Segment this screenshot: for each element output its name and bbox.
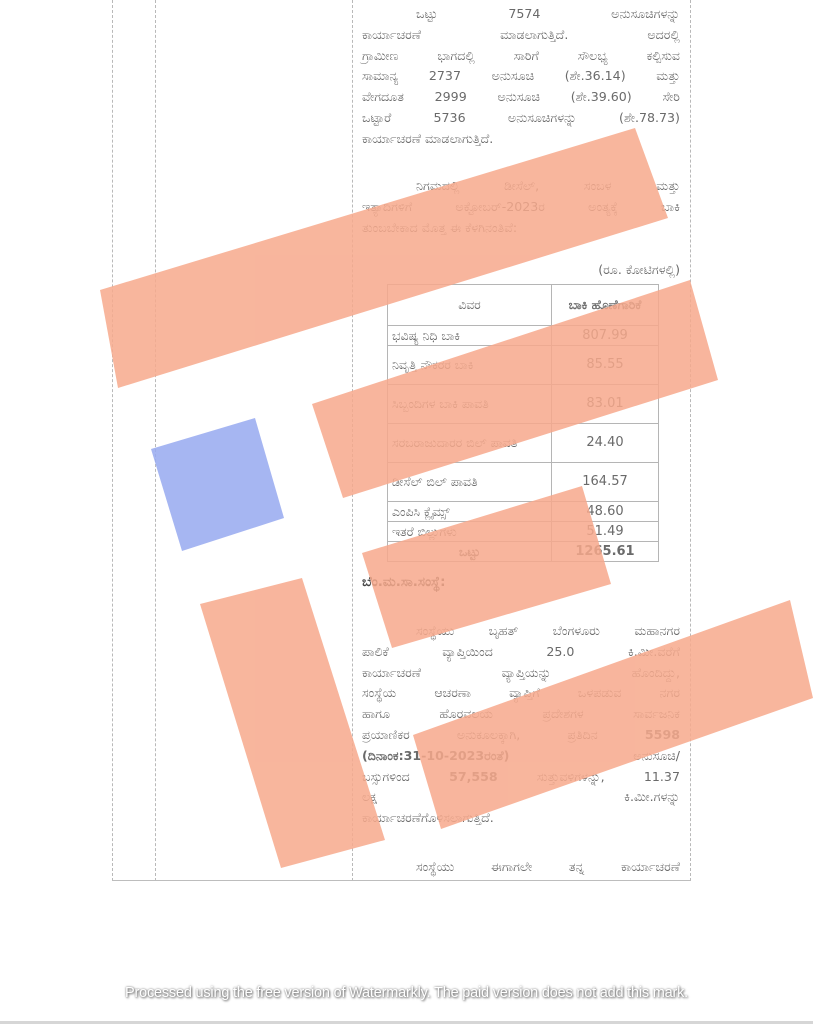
word: ಇತ್ಯಾದಿಗಳಿಗೆ — [362, 197, 412, 217]
word: ಒಟ್ಟಾರೆ — [362, 108, 391, 128]
page-bottom-rule — [112, 880, 691, 881]
row-label: ಭವಿಷ್ಯ ನಿಧಿ ಬಾಕಿ — [388, 326, 552, 346]
table-row: ಸಿಬ್ಬಂದಿಗಳ ಬಾಕಿ ಪಾವತಿ83.01 — [388, 385, 659, 424]
word: ಲಕ್ಷ — [362, 787, 377, 807]
row-label: ಡೀಸೆಲ್ ಬಿಲ್ ಪಾವತಿ — [388, 463, 552, 502]
word: ನಗರ — [660, 683, 680, 703]
word: ಸುತ್ತುವಳಿಗಳನ್ನು, — [537, 767, 605, 787]
word: ಸಂಬಳ — [584, 176, 612, 196]
text-line: ಸಂಸ್ಥೆಯುಬೃಹತ್ಬೆಂಗಳೂರುಮಹಾನಗರ — [362, 621, 680, 641]
word: ಸೌಲಭ್ಯ — [578, 46, 608, 66]
word: (ಶೇ.78.73) — [619, 108, 680, 128]
word: ವ್ಯಾಪ್ತಿಯಿಂದ — [442, 642, 493, 662]
row-label: ಸರಬರಾಜುದಾರರ ಬಿಲ್ ಪಾವತಿ — [388, 424, 552, 463]
text-line: ಸಾಮಾನ್ಯ2737ಅನುಸೂಚಿ(ಶೇ.36.14)ಮತ್ತು — [362, 66, 680, 86]
table-header-liability: ಬಾಕಿ ಹೊಣೆಗಾರಿಕೆ — [552, 285, 659, 326]
row-label: ನಿವೃತ್ತಿ ನೌಕರರ ಬಾಕಿ — [388, 346, 552, 385]
word: ಕಿ.ಮೀ.ಗಳನ್ನು — [624, 787, 680, 807]
word: ಬೆಂಗಳೂರು — [553, 621, 600, 641]
word: ಅನುಸೂಚಿಗಳನ್ನು — [611, 4, 680, 24]
text-line: ಇತ್ಯಾದಿಗಳಿಗೆಅಕ್ಟೋಬರ್-2023ರಅಂತ್ಯಕ್ಕೆಬಾಕಿ — [362, 197, 680, 217]
text-line: ಕಾರ್ಯಾಚರಣೆಮಾಡಲಾಗುತ್ತಿದೆ.ಅದರಲ್ಲಿ — [362, 25, 680, 45]
word: ಮಾಡಲಾಗುತ್ತಿದೆ. — [500, 25, 568, 45]
word: ಪಾಲಿಕೆ — [362, 642, 389, 662]
word: 7574 — [508, 4, 540, 24]
text-line: ಒಟ್ಟು7574ಅನುಸೂಚಿಗಳನ್ನು — [362, 4, 680, 24]
text-line: (ದಿನಾಂಕ:31-10-2023ರಂತೆ)ಅನುಸೂಚಿ/ — [362, 746, 680, 766]
table-row: ಡೀಸೆಲ್ ಬಿಲ್ ಪಾವತಿ164.57 — [388, 463, 659, 502]
word: 5736 — [434, 108, 466, 128]
word: ಕಾರ್ಯಾಚರಣೆ — [362, 25, 421, 45]
word: ಗ್ರಾಮೀಣ — [362, 46, 398, 66]
word: ಬೃಹತ್ — [489, 621, 518, 641]
word: ಡೀಸೆಲ್, — [504, 176, 539, 196]
word: ಮತ್ತು — [656, 176, 680, 196]
unit-note: (ರೂ. ಕೋಟಿಗಳಲ್ಲಿ) — [362, 260, 680, 280]
right-margin-rule — [690, 0, 691, 881]
row-value: 24.40 — [552, 424, 659, 463]
table-row: ನಿವೃತ್ತಿ ನೌಕರರ ಬಾಕಿ85.55 — [388, 346, 659, 385]
word: ಕಾರ್ಯಾಚರಣೆಗೊಳಿಸಲಾಗುತ್ತಿದೆ. — [362, 810, 494, 825]
word: 25.0 — [546, 642, 574, 662]
orange-band-vertical — [200, 578, 385, 868]
word: ತುಂಬಬೇಕಾದ ಮೊತ್ತ ಈ ಕೆಳಗಿನಂತಿವೆ: — [362, 220, 517, 235]
row-value: 807.99 — [552, 326, 659, 346]
text-line: ಒಟ್ಟಾರೆ5736ಅನುಸೂಚಿಗಳನ್ನು(ಶೇ.78.73) — [362, 108, 680, 128]
word: 57,558 — [449, 767, 498, 787]
word: 11.37 — [644, 767, 680, 787]
word: ಮತ್ತು — [656, 66, 680, 86]
word: ಮಹಾನಗರ — [634, 621, 680, 641]
text-line: ಗ್ರಾಮೀಣಭಾಗದಲ್ಲಿಸಾರಿಗೆಸೌಲಭ್ಯಕಲ್ಪಿಸುವ — [362, 46, 680, 66]
table-total-row: ಒಟ್ಟು1265.61 — [388, 542, 659, 562]
table-row: ಸರಬರಾಜುದಾರರ ಬಿಲ್ ಪಾವತಿ24.40 — [388, 424, 659, 463]
word: ತನ್ನ — [569, 857, 584, 877]
row-label: ಇತರೆ ಬಿಲ್ಲುಗಳು — [388, 522, 552, 542]
word: ಸೇರಿ — [662, 87, 679, 107]
word: ವೇಗದೂತ — [362, 87, 404, 107]
word: ವ್ಯಾಪ್ತಿಯನ್ನು — [502, 663, 552, 683]
word: ಕಾರ್ಯಾಚರಣೆ — [362, 663, 421, 683]
word: ಪ್ರಯಾಣಿಕರ — [362, 725, 410, 745]
word: ಸಾರಿಗೆ — [514, 46, 539, 66]
row-value: 85.55 — [552, 346, 659, 385]
word: ಅನುಸೂಚಿ — [498, 87, 541, 107]
word: ಹೊಂದಿದ್ದು, — [632, 663, 680, 683]
word: (ಶೇ.36.14) — [565, 66, 626, 86]
word: ಈಗಾಗಲೇ — [491, 857, 532, 877]
word: ಒಳಪಡುವ — [578, 683, 622, 703]
text-line: ಪಾಲಿಕೆವ್ಯಾಪ್ತಿಯಿಂದ25.0ಕಿ.ಮೀ.ವರೆಗೆ — [362, 642, 680, 662]
word: ನಿಗಮದಲ್ಲಿ — [416, 176, 459, 196]
text-line: ಲಕ್ಷಕಿ.ಮೀ.ಗಳನ್ನು — [362, 787, 680, 807]
text-line: ಕಾರ್ಯಾಚರಣೆಗೊಳಿಸಲಾಗುತ್ತಿದೆ. — [362, 808, 680, 828]
text-line: ತುಂಬಬೇಕಾದ ಮೊತ್ತ ಈ ಕೆಳಗಿನಂತಿವೆ: — [362, 218, 680, 238]
text-line: ನಿಗಮದಲ್ಲಿಡೀಸೆಲ್,ಸಂಬಳಮತ್ತು — [362, 176, 680, 196]
word: ಸಂಸ್ಥೆಯು — [416, 621, 454, 641]
total-value: 1265.61 — [552, 542, 659, 562]
word: ಬಾಕಿ — [661, 197, 680, 217]
word: (ಶೇ.39.60) — [571, 87, 632, 107]
text-line: ವೇಗದೂತ2999ಅನುಸೂಚಿ(ಶೇ.39.60)ಸೇರಿ — [362, 87, 680, 107]
word: ಅದರಲ್ಲಿ — [647, 25, 680, 45]
text-line: ಬಸ್ಸುಗಳಿಂದ57,558ಸುತ್ತುವಳಿಗಳನ್ನು,11.37 — [362, 767, 680, 787]
word: ಅಂತ್ಯಕ್ಕೆ — [588, 197, 618, 217]
word: ಕಾರ್ಯಾಚರಣೆ ಮಾಡಲಾಗುತ್ತಿದೆ. — [362, 131, 493, 146]
row-label: ಎಂಪಿಸಿ ಕ್ಲೈಮ್ಸ್ — [388, 502, 552, 522]
word: ಒಟ್ಟು — [416, 4, 438, 24]
word: ಪ್ರದೇಶಗಳ — [542, 704, 583, 724]
dues-table: ವಿವರ ಬಾಕಿ ಹೊಣೆಗಾರಿಕೆ ಭವಿಷ್ಯ ನಿಧಿ ಬಾಕಿ807… — [387, 284, 659, 562]
word: ಸಂಸ್ಥೆಯು — [416, 857, 454, 877]
watermark-notice: Processed using the free version of Wate… — [0, 985, 813, 1001]
text-line: ಕಾರ್ಯಾಚರಣೆವ್ಯಾಪ್ತಿಯನ್ನುಹೊಂದಿದ್ದು, — [362, 663, 680, 683]
word: 5598 — [645, 725, 680, 745]
word: ಹಾಗೂ — [362, 704, 390, 724]
word: ಅಕ್ಟೋಬರ್-2023ರ — [455, 197, 545, 217]
word: 2737 — [429, 66, 461, 86]
word: ಸಾಮಾನ್ಯ — [362, 66, 398, 86]
word: ಅನುಕೂಲಕ್ಕಾಗಿ, — [457, 725, 520, 745]
word: ಅನುಸೂಚಿ/ — [633, 746, 680, 766]
section-heading: ಬೆಂ.ಮ.ಸಾ.ಸಂಸ್ಥೆ: — [362, 572, 680, 592]
text-line: ಸಂಸ್ಥೆಯುಈಗಾಗಲೇತನ್ನಕಾರ್ಯಾಚರಣೆ — [362, 857, 680, 877]
row-value: 51.49 — [552, 522, 659, 542]
row-value: 48.60 — [552, 502, 659, 522]
row-label: ಸಿಬ್ಬಂದಿಗಳ ಬಾಕಿ ಪಾವತಿ — [388, 385, 552, 424]
table-row: ಭವಿಷ್ಯ ನಿಧಿ ಬಾಕಿ807.99 — [388, 326, 659, 346]
table-row: ಎಂಪಿಸಿ ಕ್ಲೈಮ್ಸ್48.60 — [388, 502, 659, 522]
word: ಪ್ರತಿದಿನ — [567, 725, 597, 745]
word: ವ್ಯಾಪ್ತಿಗೆ — [509, 683, 540, 703]
word: ಭಾಗದಲ್ಲಿ — [437, 46, 475, 66]
row-value: 83.01 — [552, 385, 659, 424]
word: ಬಸ್ಸುಗಳಿಂದ — [362, 767, 410, 787]
table-header-details: ವಿವರ — [388, 285, 552, 326]
word: ಅನುಸೂಚಿ — [492, 66, 535, 86]
column-rule-1 — [155, 0, 156, 881]
word: ಅನುಸೂಚಿಗಳನ್ನು — [508, 108, 577, 128]
table-row: ಇತರೆ ಬಿಲ್ಲುಗಳು51.49 — [388, 522, 659, 542]
word: ಕಿ.ಮೀ.ವರೆಗೆ — [628, 642, 680, 662]
word: ಕಾರ್ಯಾಚರಣೆ — [621, 857, 680, 877]
word: 2999 — [435, 87, 467, 107]
word: ಕಲ್ಪಿಸುವ — [647, 46, 680, 66]
left-margin-rule — [112, 0, 113, 881]
text-line: ಪ್ರಯಾಣಿಕರಅನುಕೂಲಕ್ಕಾಗಿ,ಪ್ರತಿದಿನ5598 — [362, 725, 680, 745]
text-line: ಸಂಸ್ಥೆಯಆಚರಣಾವ್ಯಾಪ್ತಿಗೆಒಳಪಡುವನಗರ — [362, 683, 680, 703]
column-rule-2 — [352, 0, 353, 881]
total-label: ಒಟ್ಟು — [388, 542, 552, 562]
text-line: ಹಾಗೂಹೊರವಲಯಪ್ರದೇಶಗಳಸಾರ್ವಜನಿಕ — [362, 704, 680, 724]
word: ಹೊರವಲಯ — [439, 704, 493, 724]
word: (ದಿನಾಂಕ:31-10-2023ರಂತೆ) — [362, 746, 509, 766]
word: ಆಚರಣಾ — [434, 683, 471, 703]
blue-square-shape — [151, 418, 284, 551]
text-line: ಕಾರ್ಯಾಚರಣೆ ಮಾಡಲಾಗುತ್ತಿದೆ. — [362, 129, 680, 149]
word: ಸಾರ್ವಜನಿಕ — [633, 704, 680, 724]
word: ಸಂಸ್ಥೆಯ — [362, 683, 396, 703]
row-value: 164.57 — [552, 463, 659, 502]
